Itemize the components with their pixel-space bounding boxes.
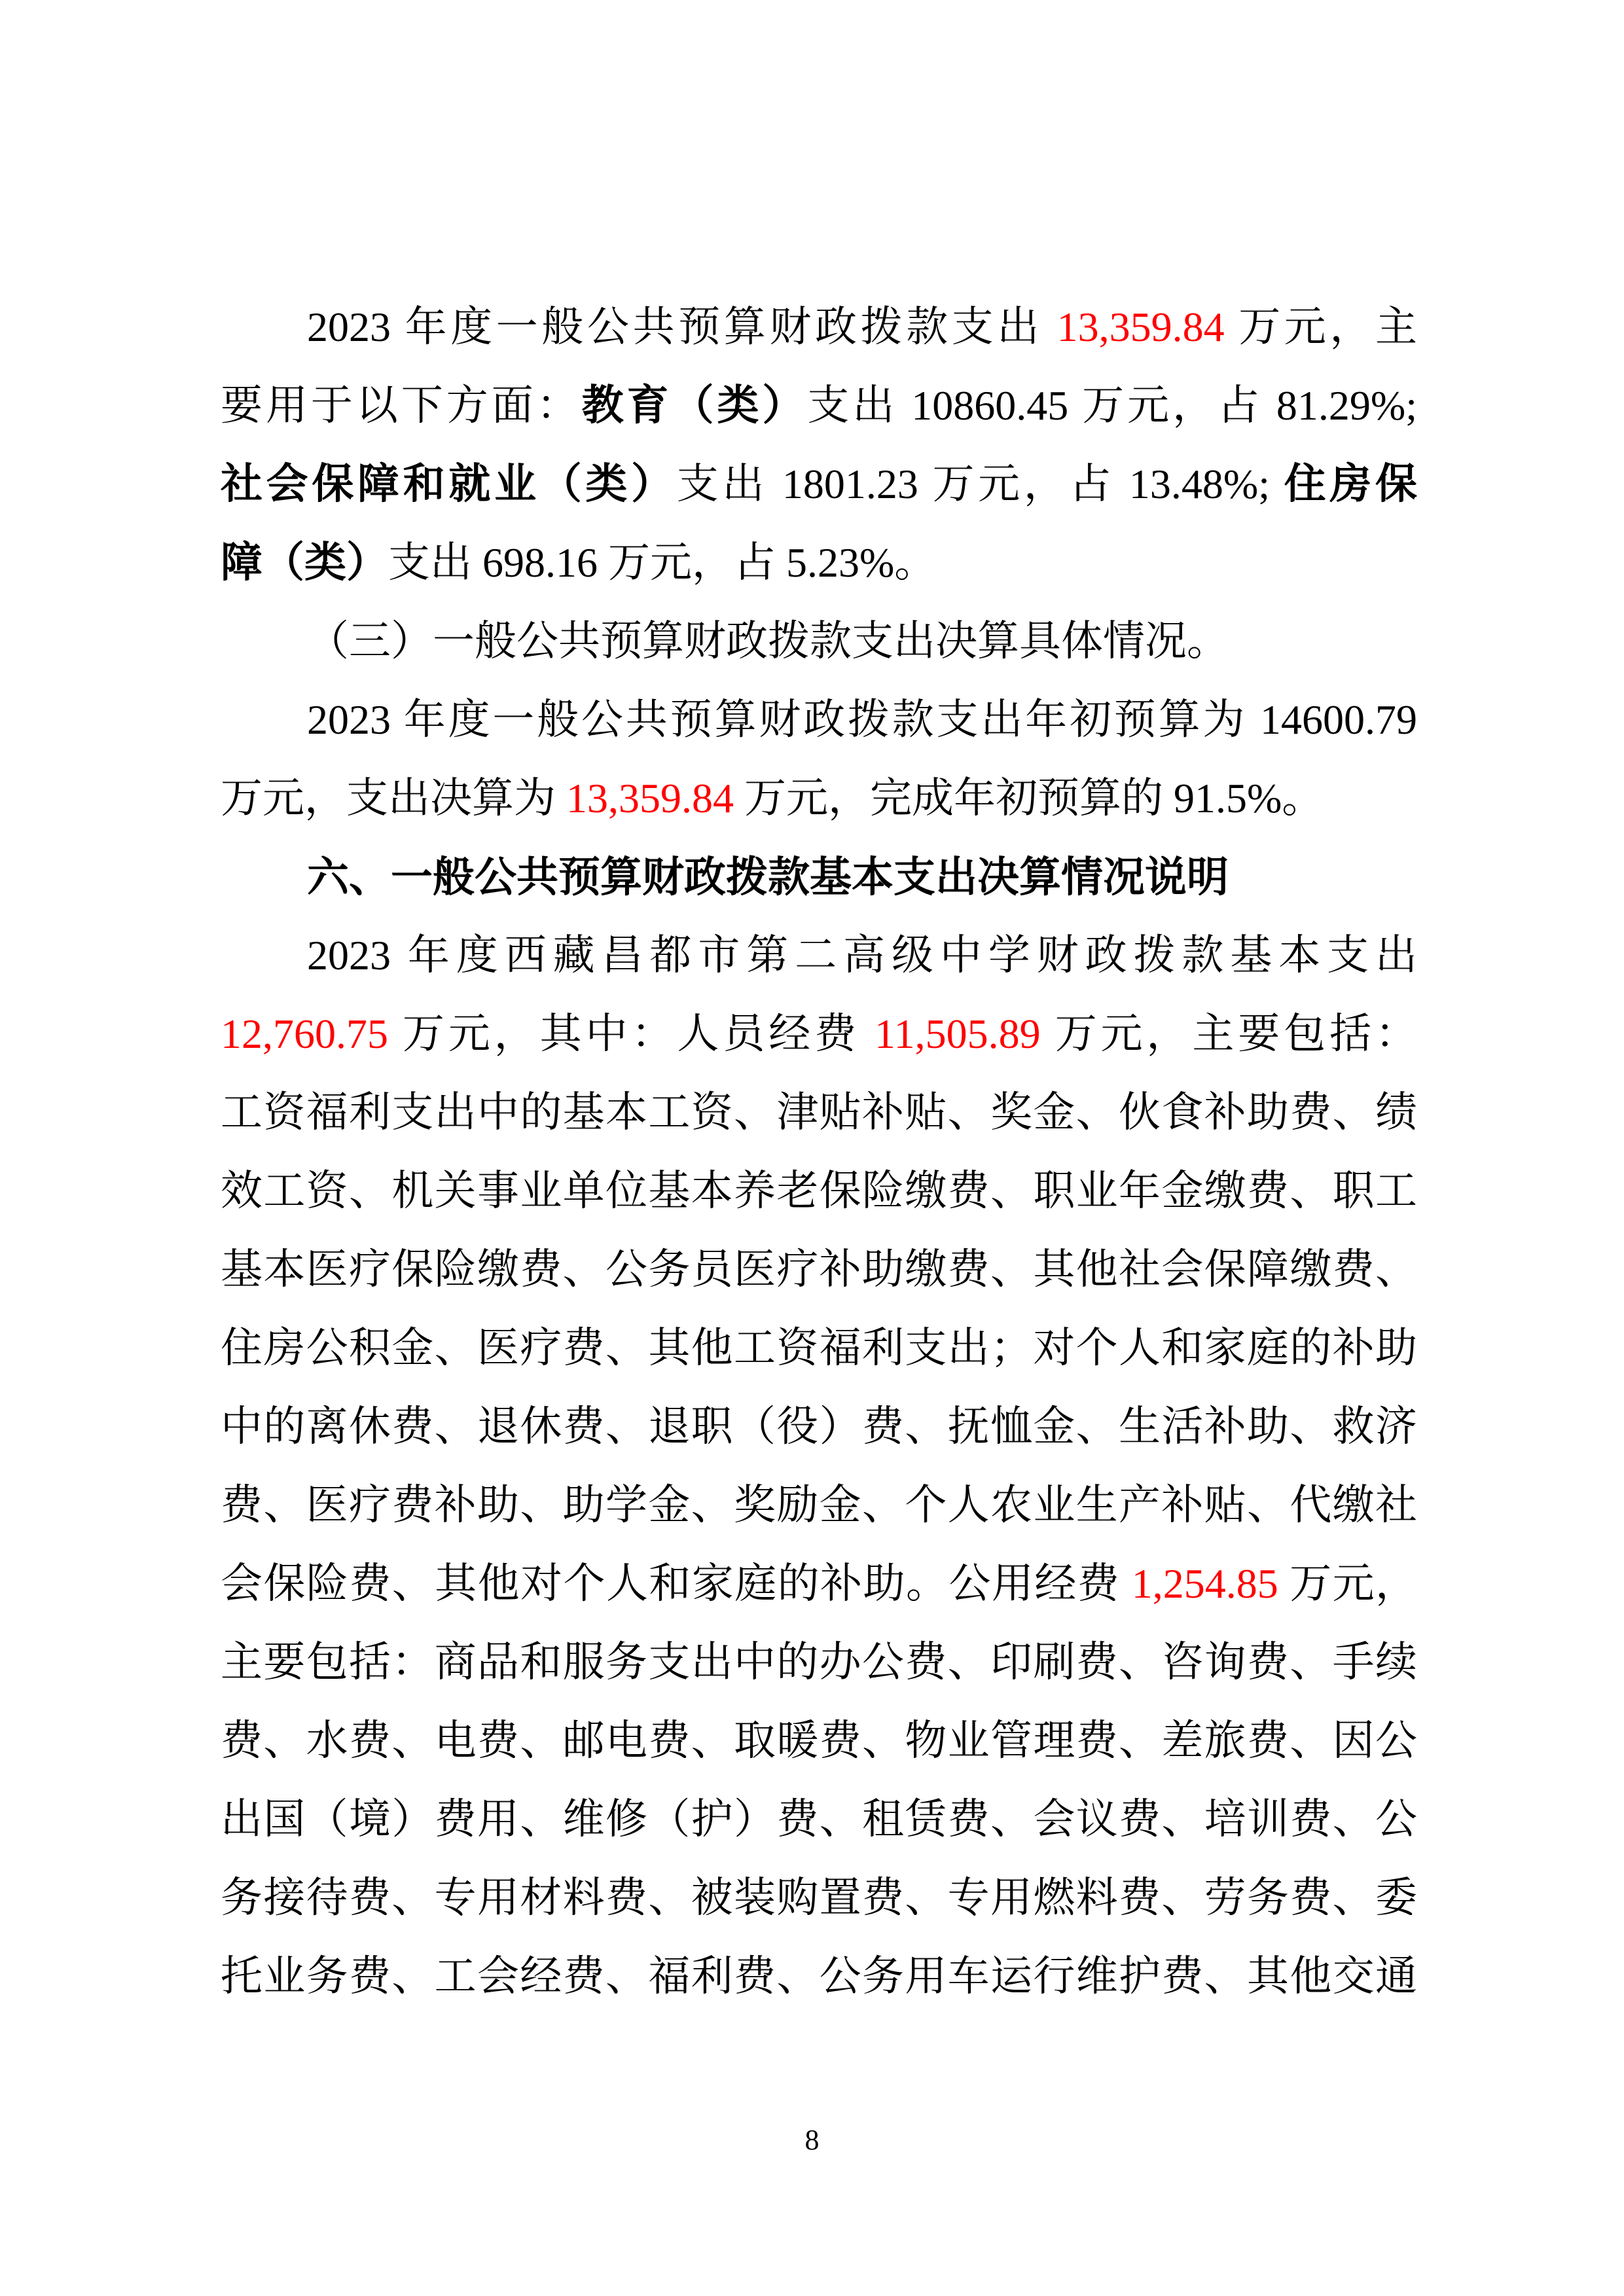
paragraph-line: 托业务费、工会经费、福利费、公务用车运行维护费、其他交通 bbox=[221, 1937, 1417, 2016]
section-heading-6: 六、一般公共预算财政拨款基本支出决算情况说明 bbox=[221, 838, 1417, 916]
text-run: 万元，主 bbox=[1225, 304, 1417, 350]
paragraph-line: 2023 年度一般公共预算财政拨款支出 13,359.84 万元，主 bbox=[221, 288, 1417, 367]
text-run: 会保险费、其他对个人和家庭的补助。公用经费 bbox=[221, 1560, 1132, 1607]
page-number: 8 bbox=[805, 2124, 820, 2156]
paragraph-line: 务接待费、专用材料费、被装购置费、专用燃料费、劳务费、委 bbox=[221, 1859, 1417, 1937]
paragraph-line: 2023 年度西藏昌都市第二高级中学财政拨款基本支出 bbox=[221, 916, 1417, 995]
text-run: 基本医疗保险缴费、公务员医疗补助缴费、其他社会保障缴费、 bbox=[221, 1246, 1417, 1293]
paragraph-line: 中的离休费、退休费、退职（役）费、抚恤金、生活补助、救济 bbox=[221, 1388, 1417, 1466]
section-heading-3: （三）一般公共预算财政拨款支出决算具体情况。 bbox=[221, 602, 1417, 681]
text-run: 支出 1801.23 万元，占 13.48%; bbox=[677, 461, 1284, 507]
text-run: 中的离休费、退休费、退职（役）费、抚恤金、生活补助、救济 bbox=[221, 1403, 1417, 1450]
paragraph-line: 工资福利支出中的基本工资、津贴补贴、奖金、伙食补助费、绩 bbox=[221, 1073, 1417, 1152]
paragraph-line: 万元，支出决算为 13,359.84 万元，完成年初预算的 91.5%。 bbox=[221, 759, 1417, 838]
text-run: 费、医疗费补助、助学金、奖励金、个人农业生产补贴、代缴社 bbox=[221, 1482, 1417, 1528]
text-run: 出国（境）费用、维修（护）费、租赁费、会议费、培训费、公 bbox=[221, 1796, 1417, 1842]
paragraph-line: 社会保障和就业（类）支出 1801.23 万元，占 13.48%; 住房保 bbox=[221, 445, 1417, 524]
paragraph-line: 费、医疗费补助、助学金、奖励金、个人农业生产补贴、代缴社 bbox=[221, 1466, 1417, 1545]
document-page: { "page": { "number": "8" }, "colors": {… bbox=[0, 0, 1624, 2296]
paragraph-line: 费、水费、电费、邮电费、取暖费、物业管理费、差旅费、因公 bbox=[221, 1702, 1417, 1780]
text-run: 2023 年度西藏昌都市第二高级中学财政拨款基本支出 bbox=[307, 932, 1417, 978]
text-run: 六、一般公共预算财政拨款基本支出决算情况说明 bbox=[307, 853, 1229, 901]
document-body: 2023 年度一般公共预算财政拨款支出 13,359.84 万元，主要用于以下方… bbox=[221, 288, 1417, 2016]
text-run: 务接待费、专用材料费、被装购置费、专用燃料费、劳务费、委 bbox=[221, 1874, 1417, 1921]
paragraph-line: 障（类）支出 698.16 万元，占 5.23%。 bbox=[221, 524, 1417, 602]
highlight-amount: 12,760.75 bbox=[221, 1011, 388, 1057]
text-run: 工资福利支出中的基本工资、津贴补贴、奖金、伙食补助费、绩 bbox=[221, 1089, 1417, 1136]
bold-category: 社会保障和就业（类） bbox=[221, 461, 677, 507]
bold-category: 教育（类） bbox=[582, 382, 808, 429]
paragraph-line: 2023 年度一般公共预算财政拨款支出年初预算为 14600.79 bbox=[221, 681, 1417, 759]
text-run: 效工资、机关事业单位基本养老保险缴费、职业年金缴费、职工 bbox=[221, 1168, 1417, 1214]
text-run: 2023 年度一般公共预算财政拨款支出年初预算为 14600.79 bbox=[307, 696, 1417, 743]
text-run: 住房公积金、医疗费、其他工资福利支出；对个人和家庭的补助 bbox=[221, 1325, 1417, 1371]
bold-category: 住房保 bbox=[1284, 461, 1417, 507]
paragraph-line: 基本医疗保险缴费、公务员医疗补助缴费、其他社会保障缴费、 bbox=[221, 1230, 1417, 1309]
text-run: 万元， bbox=[1278, 1560, 1417, 1607]
paragraph-line: 效工资、机关事业单位基本养老保险缴费、职业年金缴费、职工 bbox=[221, 1152, 1417, 1230]
highlight-amount: 13,359.84 bbox=[1057, 304, 1225, 350]
text-run: 托业务费、工会经费、福利费、公务用车运行维护费、其他交通 bbox=[221, 1953, 1417, 2000]
paragraph-line: 12,760.75 万元，其中：人员经费 11,505.89 万元，主要包括： bbox=[221, 995, 1417, 1073]
paragraph-line: 住房公积金、医疗费、其他工资福利支出；对个人和家庭的补助 bbox=[221, 1309, 1417, 1388]
paragraph-line: 要用于以下方面：教育（类）支出 10860.45 万元，占 81.29%; bbox=[221, 367, 1417, 445]
text-run: 费、水费、电费、邮电费、取暖费、物业管理费、差旅费、因公 bbox=[221, 1717, 1417, 1764]
text-run: 支出 698.16 万元，占 5.23%。 bbox=[388, 539, 936, 586]
text-run: （三）一般公共预算财政拨款支出决算具体情况。 bbox=[307, 618, 1229, 664]
text-run: 万元，完成年初预算的 91.5%。 bbox=[734, 775, 1324, 821]
paragraph-line: 出国（境）费用、维修（护）费、租赁费、会议费、培训费、公 bbox=[221, 1780, 1417, 1859]
highlight-amount: 1,254.85 bbox=[1132, 1560, 1278, 1607]
text-run: 主要包括：商品和服务支出中的办公费、印刷费、咨询费、手续 bbox=[221, 1639, 1417, 1685]
text-run: 万元，其中：人员经费 bbox=[388, 1011, 875, 1057]
paragraph-line: 主要包括：商品和服务支出中的办公费、印刷费、咨询费、手续 bbox=[221, 1623, 1417, 1702]
paragraph-line: 会保险费、其他对个人和家庭的补助。公用经费 1,254.85 万元， bbox=[221, 1545, 1417, 1623]
page-footer: 8 bbox=[0, 2121, 1624, 2160]
text-run: 万元，支出决算为 bbox=[221, 775, 566, 821]
highlight-amount: 13,359.84 bbox=[566, 775, 734, 821]
text-run: 支出 10860.45 万元，占 81.29%; bbox=[807, 382, 1417, 429]
highlight-amount: 11,505.89 bbox=[875, 1011, 1041, 1057]
text-run: 2023 年度一般公共预算财政拨款支出 bbox=[307, 304, 1057, 350]
text-run: 万元，主要包括： bbox=[1041, 1011, 1417, 1057]
bold-category: 障（类） bbox=[221, 539, 388, 586]
text-run: 要用于以下方面： bbox=[221, 382, 582, 429]
